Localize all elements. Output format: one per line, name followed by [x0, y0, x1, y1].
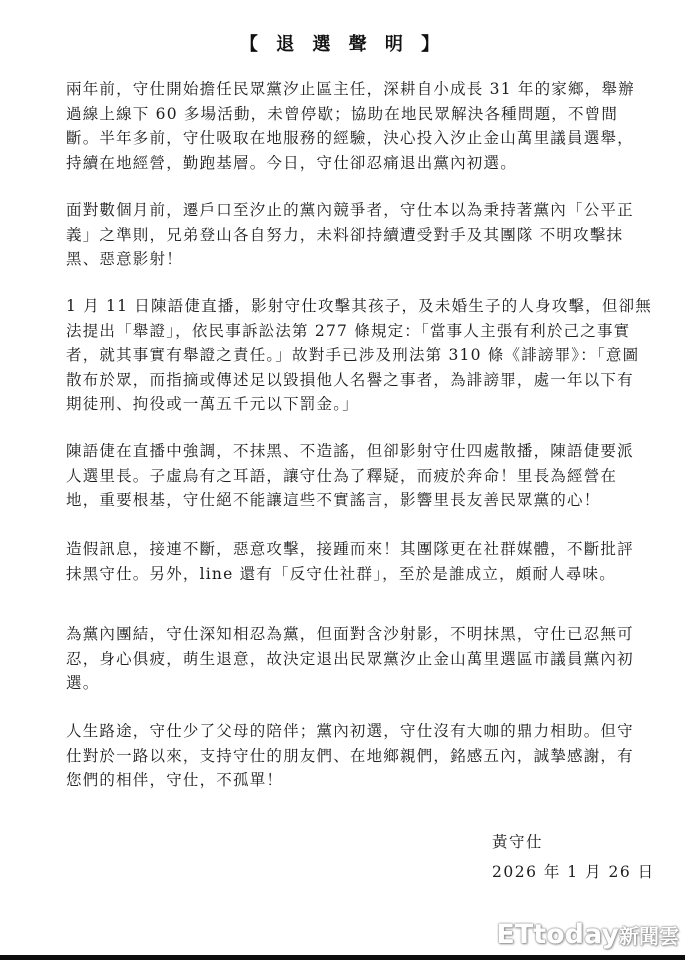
- text-line: 者，就其事實有舉證之責任。」故對手已涉及刑法第 310 條《誹謗罪》：「意圖: [66, 343, 626, 368]
- watermark-brand: ETtoday: [496, 919, 619, 950]
- text-line: 抹黑守仕。另外，line 還有「反守仕社群」，至於是誰成立，頗耐人尋味。: [66, 562, 626, 587]
- text-line: 黑、惡意影射！: [66, 247, 626, 272]
- text-line: 面對數個月前，遷戶口至汐止的黨內競爭者，守仕本以為秉持著黨內「公平正: [66, 198, 626, 223]
- bottom-edge-bar: [0, 955, 685, 960]
- text-line: 斷。半年多前，守仕吸取在地服務的經驗，決心投入汐止金山萬里議員選舉，: [66, 126, 626, 151]
- text-line: 散布於眾，而指摘或傳述足以毀損他人名譽之事者，為誹謗罪，處一年以下有: [66, 368, 626, 393]
- text-line: 法提出「舉證」，依民事訴訟法第 277 條規定：「當事人主張有利於己之事實: [66, 319, 626, 344]
- text-line: 義」之準則，兄弟登山各自努力，未料卻持續遭受對手及其團隊 不明攻擊抹: [66, 223, 626, 248]
- signature-name: 黃守仕: [492, 830, 543, 852]
- text-line: 期徒刑、拘役或一萬五千元以下罰金。」: [66, 392, 626, 417]
- text-line: 仕對於一路以來，支持守仕的朋友們、在地鄉親們，銘感五內，誠摯感謝，有: [66, 744, 626, 769]
- text-line: 持續在地經營，勤跑基層。今日，守仕卻忍痛退出黨內初選。: [66, 151, 626, 176]
- text-line: 人選里長。子虛烏有之耳語，讓守仕為了釋疑，而疲於奔命！里長為經營在: [66, 464, 626, 489]
- text-line: 忍，身心俱疲，萌生退意，故決定退出民眾黨汐止金山萬里選區市議員黨內初: [66, 647, 626, 672]
- text-line: 為黨內團結，守仕深知相忍為黨，但面對含沙射影，不明抹黑，守仕已忍無可: [66, 622, 626, 647]
- text-line: 1 月 11 日陳語倢直播，影射守仕攻擊其孩子，及未婚生子的人身攻擊，但卻無: [66, 294, 626, 319]
- text-line: 過線上線下 60 多場活動，未曾停歇；協助在地民眾解決各種問題，不曾間: [66, 102, 626, 127]
- paragraph-1: 兩年前，守仕開始擔任民眾黨汐止區主任，深耕自小成長 31 年的家鄉，舉辦 過線上…: [66, 77, 626, 175]
- text-line: 您們的相伴，守仕，不孤單！: [66, 768, 626, 793]
- paragraph-3: 1 月 11 日陳語倢直播，影射守仕攻擊其孩子，及未婚生子的人身攻擊，但卻無 法…: [66, 294, 626, 417]
- paragraph-2: 面對數個月前，遷戶口至汐止的黨內競爭者，守仕本以為秉持著黨內「公平正 義」之準則…: [66, 198, 626, 272]
- text-line: 陳語倢在直播中強調，不抹黑、不造謠，但卻影射守仕四處散播，陳語倢要派: [66, 439, 626, 464]
- ettoday-watermark-logo: ETtoday新聞雲: [496, 919, 679, 950]
- document-title: 【 退 選 聲 明 】: [0, 30, 685, 56]
- text-line: 兩年前，守仕開始擔任民眾黨汐止區主任，深耕自小成長 31 年的家鄉，舉辦: [66, 77, 626, 102]
- paragraph-4: 陳語倢在直播中強調，不抹黑、不造謠，但卻影射守仕四處散播，陳語倢要派 人選里長。…: [66, 439, 626, 513]
- text-line: 選。: [66, 671, 626, 696]
- text-line: 造假訊息，接連不斷，惡意攻擊，接踵而來！其團隊更在社群媒體，不斷批評: [66, 537, 626, 562]
- paragraph-5: 造假訊息，接連不斷，惡意攻擊，接踵而來！其團隊更在社群媒體，不斷批評 抹黑守仕。…: [66, 537, 626, 586]
- watermark-suffix: 新聞雲: [619, 924, 679, 948]
- paragraph-6: 為黨內團結，守仕深知相忍為黨，但面對含沙射影，不明抹黑，守仕已忍無可 忍，身心俱…: [66, 622, 626, 696]
- text-line: 人生路途，守仕少了父母的陪伴；黨內初選，守仕沒有大咖的鼎力相助。但守: [66, 719, 626, 744]
- paragraph-7: 人生路途，守仕少了父母的陪伴；黨內初選，守仕沒有大咖的鼎力相助。但守 仕對於一路…: [66, 719, 626, 793]
- signature-date: 2026 年 1 月 26 日: [492, 860, 655, 882]
- text-line: 地，重要根基，守仕絕不能讓這些不實謠言，影響里長友善民眾黨的心！: [66, 488, 626, 513]
